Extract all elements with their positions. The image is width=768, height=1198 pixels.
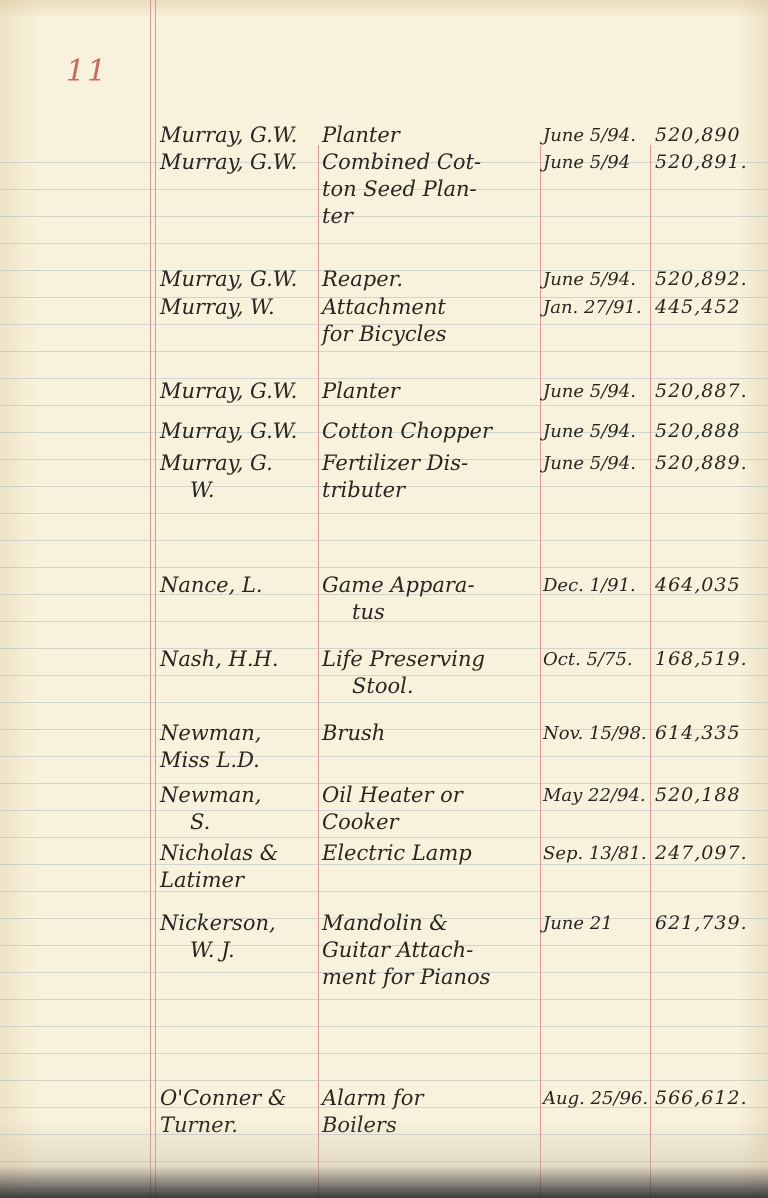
entry-name: Murray, W. <box>160 294 315 321</box>
entry-invention: Combined Cot- ton Seed Plan- ter <box>322 149 537 230</box>
ledger-page: 11 Murray, G.W. Planter June 5/94. 520,8… <box>0 0 768 1198</box>
entry-patent-number: 464,035 <box>655 572 768 599</box>
entry-name: Murray, G.W. <box>160 266 315 293</box>
entry-patent-number: 168,519. <box>655 646 768 673</box>
entry-date: June 21 <box>543 910 648 937</box>
entry-invention: Planter <box>322 378 537 405</box>
entry-name: Nickerson, W. J. <box>160 910 315 964</box>
column-rule-number <box>650 145 651 1198</box>
page-number: 11 <box>66 54 108 89</box>
entry-invention: Mandolin & Guitar Attach- ment for Piano… <box>322 910 537 991</box>
entry-patent-number: 614,335 <box>655 720 768 747</box>
entry-date: Dec. 1/91. <box>543 572 648 599</box>
entry-date: Oct. 5/75. <box>543 646 648 673</box>
entry-patent-number: 520,892. <box>655 266 768 293</box>
entry-invention: Game Appara- tus <box>322 572 537 626</box>
margin-rule-inner <box>155 0 156 1198</box>
entry-date: May 22/94. <box>543 782 648 809</box>
entry-patent-number: 621,739. <box>655 910 768 937</box>
entry-invention: Oil Heater or Cooker <box>322 782 537 836</box>
entry-invention: Brush <box>322 720 537 747</box>
entry-date: June 5/94. <box>543 450 648 477</box>
entry-name: Newman, S. <box>160 782 315 836</box>
column-rule-invention <box>318 145 319 1198</box>
entry-date: June 5/94. <box>543 418 648 445</box>
entry-date: June 5/94. <box>543 266 648 293</box>
entry-patent-number: 520,888 <box>655 418 768 445</box>
entry-name: Murray, G.W. <box>160 149 315 176</box>
entry-date: Nov. 15/98. <box>543 720 648 747</box>
entry-name: Murray, G.W. <box>160 378 315 405</box>
entry-invention: Fertilizer Dis- tributer <box>322 450 537 504</box>
entry-invention: Electric Lamp <box>322 840 537 867</box>
entry-invention: Attachment for Bicycles <box>322 294 537 348</box>
margin-rule <box>150 0 151 1198</box>
entry-date: June 5/94. <box>543 122 648 149</box>
entry-patent-number: 520,188 <box>655 782 768 809</box>
entry-patent-number: 445,452 <box>655 294 768 321</box>
entry-name: Nicholas & Latimer <box>160 840 315 894</box>
entry-patent-number: 520,890 <box>655 122 768 149</box>
entry-patent-number: 247,097. <box>655 840 768 867</box>
entry-patent-number: 520,889. <box>655 450 768 477</box>
entry-patent-number: 520,891. <box>655 149 768 176</box>
entry-date: Jan. 27/91. <box>543 294 648 321</box>
column-rule-date <box>540 145 541 1198</box>
entry-date: June 5/94 <box>543 149 648 176</box>
entry-name: Murray, G. W. <box>160 450 315 504</box>
entry-invention: Planter <box>322 122 537 149</box>
entry-invention: Reaper. <box>322 266 537 293</box>
entry-name: Nash, H.H. <box>160 646 315 673</box>
entry-name: Newman, Miss L.D. <box>160 720 315 774</box>
entry-date: Aug. 25/96. <box>543 1085 648 1112</box>
page-bottom-shadow <box>0 1118 768 1198</box>
entry-invention: Life Preserving Stool. <box>322 646 537 700</box>
entry-date: June 5/94. <box>543 378 648 405</box>
entry-name: Murray, G.W. <box>160 418 315 445</box>
entry-date: Sep. 13/81. <box>543 840 648 867</box>
entry-patent-number: 520,887. <box>655 378 768 405</box>
entry-invention: Cotton Chopper <box>322 418 537 445</box>
entry-name: Nance, L. <box>160 572 315 599</box>
entry-name: Murray, G.W. <box>160 122 315 149</box>
entry-patent-number: 566,612. <box>655 1085 768 1112</box>
